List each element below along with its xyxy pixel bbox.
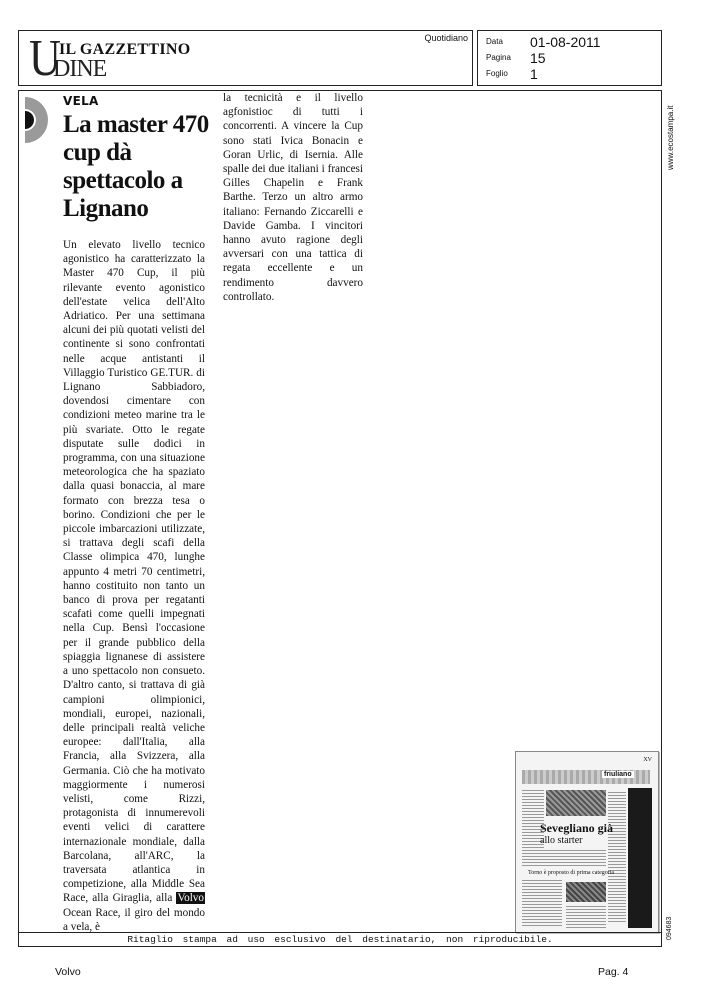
- article-clipping: VELA La master 470 cup dà spettacolo a L…: [18, 90, 662, 947]
- meta-label: Data: [486, 37, 530, 46]
- column-text-end: Ocean Race, il giro del mondo a vela, è: [63, 907, 205, 933]
- thumbnail-text: [522, 880, 562, 928]
- thumbnail-photo: [566, 882, 606, 902]
- thumbnail-brand: friuliano: [602, 771, 634, 778]
- thumbnail-title: Sevegliano già: [540, 822, 613, 834]
- footer-divider: [18, 932, 662, 933]
- article-column-2: la tecnicità e il livello agfonistioc di…: [223, 91, 363, 304]
- thumbnail-text: [522, 850, 606, 868]
- meta-value: 01-08-2011: [530, 34, 601, 50]
- source-url: www.ecostampa.it: [666, 100, 678, 170]
- thumbnail-photo: [546, 790, 606, 816]
- meta-value: 15: [530, 50, 546, 66]
- masthead-box: U IL GAZZETTINO DINE Quotidiano: [18, 30, 473, 86]
- highlighted-keyword: Volvo: [176, 892, 205, 904]
- footer-keyword: Volvo: [55, 966, 81, 978]
- thumbnail-text: [608, 792, 626, 922]
- logo-edition: DINE: [53, 57, 106, 81]
- section-emblem-icon: [25, 97, 49, 143]
- publication-type: Quotidiano: [424, 33, 468, 43]
- meta-label: Pagina: [486, 53, 530, 62]
- metadata-box: Data01-08-2011 Pagina15 Foglio1: [477, 30, 662, 86]
- thumbnail-subtitle: allo starter: [540, 835, 582, 846]
- clipping-code: 094683: [666, 910, 678, 940]
- meta-label: Foglio: [486, 69, 530, 78]
- article-column-1: Un elevato livello tecnico agonistico ha…: [63, 238, 205, 934]
- thumbnail-text: [566, 906, 606, 928]
- page-thumbnail: XV friuliano Sevegliano già allo starter…: [515, 751, 659, 933]
- copyright-notice: Ritaglio stampa ad uso esclusivo del des…: [18, 934, 662, 945]
- column-text: Un elevato livello tecnico agonistico ha…: [63, 239, 205, 904]
- footer-page-number: Pag. 4: [598, 966, 628, 978]
- thumbnail-page-number: XV: [643, 757, 652, 763]
- thumbnail-dark-column: [628, 788, 652, 928]
- meta-sheet: Foglio1: [486, 65, 538, 83]
- article-headline: La master 470 cup dà spettacolo a Lignan…: [63, 111, 223, 223]
- article-kicker: VELA: [63, 94, 99, 108]
- meta-value: 1: [530, 66, 538, 82]
- thumbnail-section: Torno è proposto di prima categoria: [528, 870, 614, 876]
